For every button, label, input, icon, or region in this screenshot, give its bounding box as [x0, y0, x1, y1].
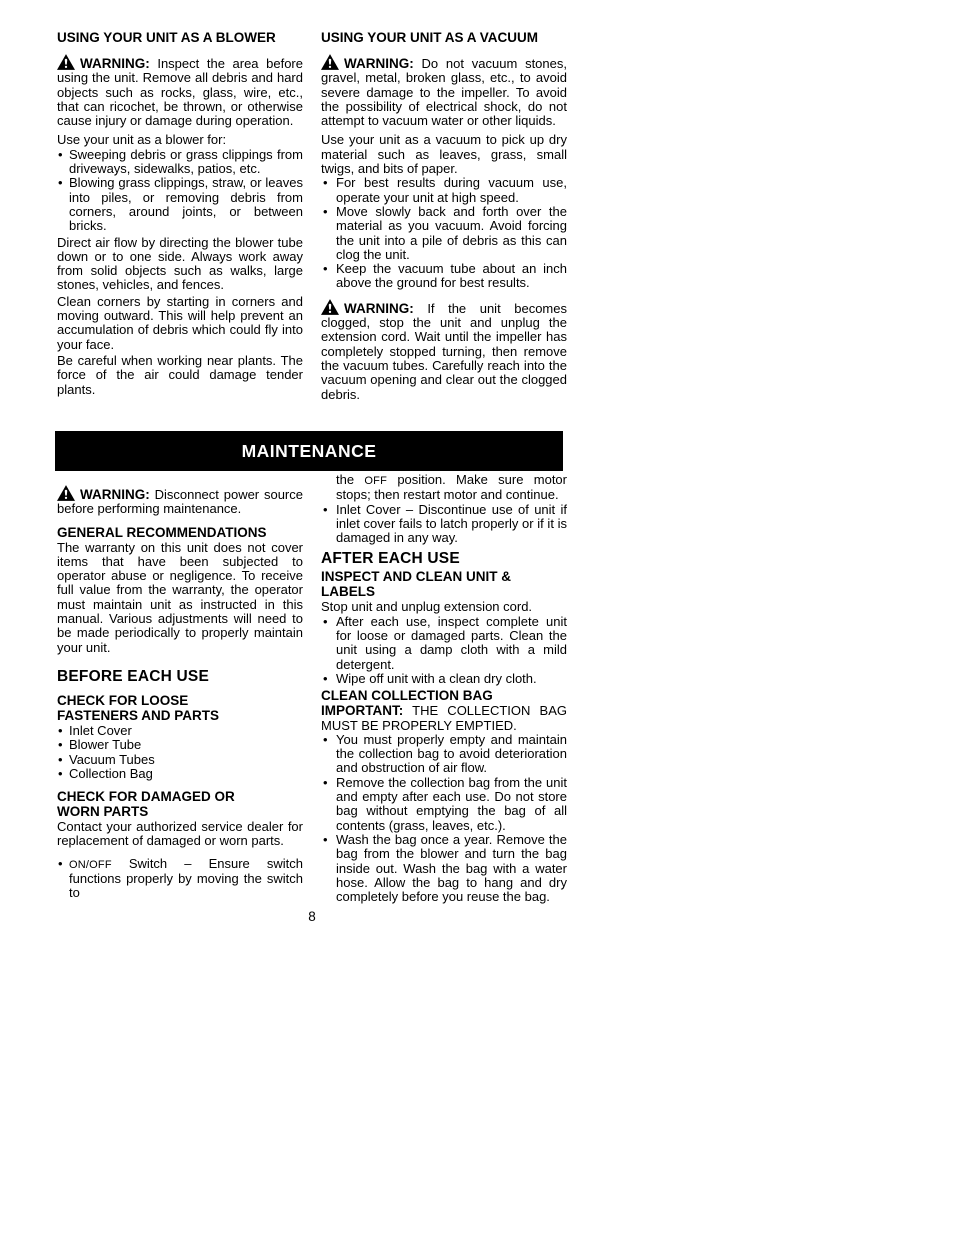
page-number: 8 [57, 910, 567, 924]
warning-label: WARNING: [344, 56, 414, 71]
paragraph: Clean corners by starting in corners and… [57, 295, 303, 352]
maintenance-left-column: WARNING: Disconnect power source before … [57, 473, 303, 904]
blower-intro: Use your unit as a blower for: [57, 133, 303, 147]
warning-text: If the unit becomes clogged, stop the un… [321, 301, 567, 402]
warning-icon [57, 54, 75, 70]
check-damaged-heading: CHECK FOR DAMAGED OR WORN PARTS [57, 789, 303, 819]
general-recommendations-heading: GENERAL RECOMMENDATIONS [57, 525, 303, 540]
inspect-intro: Stop unit and unplug extension cord. [321, 600, 567, 614]
before-each-use-heading: BEFORE EACH USE [57, 668, 303, 685]
after-each-use-heading: AFTER EACH USE [321, 550, 567, 567]
onoff-smallcaps: ON/OFF [69, 859, 112, 871]
list-item: Blower Tube [57, 738, 303, 752]
list-item: Blowing grass clippings, straw, or leave… [57, 176, 303, 233]
warning-icon [321, 54, 339, 70]
general-recommendations-text: The warranty on this unit does not cover… [57, 541, 303, 655]
page-content: USING YOUR UNIT AS A BLOWER WARNING: Ins… [57, 30, 567, 904]
inspect-clean-heading: INSPECT AND CLEAN UNIT & LABELS [321, 569, 567, 599]
important-label: IMPORTANT: [321, 703, 403, 718]
maintenance-right-column: the OFF position. Make sure motor stops;… [321, 473, 567, 904]
warning-label: WARNING: [80, 56, 150, 71]
clean-collection-bag-heading: CLEAN COLLECTION BAG [321, 688, 567, 703]
paragraph: Direct air flow by directing the blower … [57, 236, 303, 293]
important-note: IMPORTANT: THE COLLECTION BAG MUST BE PR… [321, 704, 567, 733]
maintenance-banner: MAINTENANCE [55, 431, 563, 471]
warning-icon [321, 299, 339, 315]
warning-label: WARNING: [344, 301, 414, 316]
list-item: Collection Bag [57, 767, 303, 781]
maintenance-section: WARNING: Disconnect power source before … [57, 473, 567, 904]
manual-page: USING YOUR UNIT AS A BLOWER WARNING: Ins… [0, 0, 954, 1235]
list-item: For best results during vacuum use, oper… [321, 176, 567, 205]
list-item: Remove the collection bag from the unit … [321, 776, 567, 833]
warning-label: WARNING: [80, 487, 150, 502]
list-item: Move slowly back and forth over the mate… [321, 205, 567, 262]
vacuum-warning-1: WARNING: Do not vacuum stones, gravel, m… [321, 54, 567, 128]
blower-title: USING YOUR UNIT AS A BLOWER [57, 30, 303, 45]
top-section: USING YOUR UNIT AS A BLOWER WARNING: Ins… [57, 30, 567, 421]
vacuum-title: USING YOUR UNIT AS A VACUUM [321, 30, 567, 45]
list-item: After each use, inspect complete unit fo… [321, 615, 567, 672]
section-blower: USING YOUR UNIT AS A BLOWER WARNING: Ins… [57, 30, 303, 421]
list-item: Wipe off unit with a clean dry cloth. [321, 672, 567, 686]
list-item: You must properly empty and maintain the… [321, 733, 567, 776]
list-item: Inlet Cover – Discontinue use of unit if… [321, 503, 567, 546]
vacuum-warning-2: WARNING: If the unit becomes clogged, st… [321, 299, 567, 402]
blower-warning: WARNING: Inspect the area before using t… [57, 54, 303, 128]
list-item: Sweeping debris or grass clippings from … [57, 148, 303, 177]
maintenance-banner-title: MAINTENANCE [242, 444, 377, 458]
section-vacuum: USING YOUR UNIT AS A VACUUM WARNING: Do … [321, 30, 567, 421]
list-item: Wash the bag once a year. Remove the bag… [321, 833, 567, 904]
list-item: Inlet Cover [57, 724, 303, 738]
cont-pre: the [336, 472, 364, 487]
maintenance-warning: WARNING: Disconnect power source before … [57, 473, 303, 517]
check-damaged-text: Contact your authorized service dealer f… [57, 820, 303, 849]
continued-text: the OFF position. Make sure motor stops;… [321, 473, 567, 503]
warning-icon [57, 485, 75, 501]
list-item: Keep the vacuum tube about an inch above… [321, 262, 567, 291]
list-item: Vacuum Tubes [57, 753, 303, 767]
list-item-onoff-switch: ON/OFF Switch – Ensure switch functions … [57, 857, 303, 901]
vacuum-intro: Use your unit as a vacuum to pick up dry… [321, 133, 567, 176]
off-smallcaps: OFF [364, 475, 387, 487]
paragraph: Be careful when working near plants. The… [57, 354, 303, 397]
check-loose-heading: CHECK FOR LOOSE FASTENERS AND PARTS [57, 693, 303, 723]
